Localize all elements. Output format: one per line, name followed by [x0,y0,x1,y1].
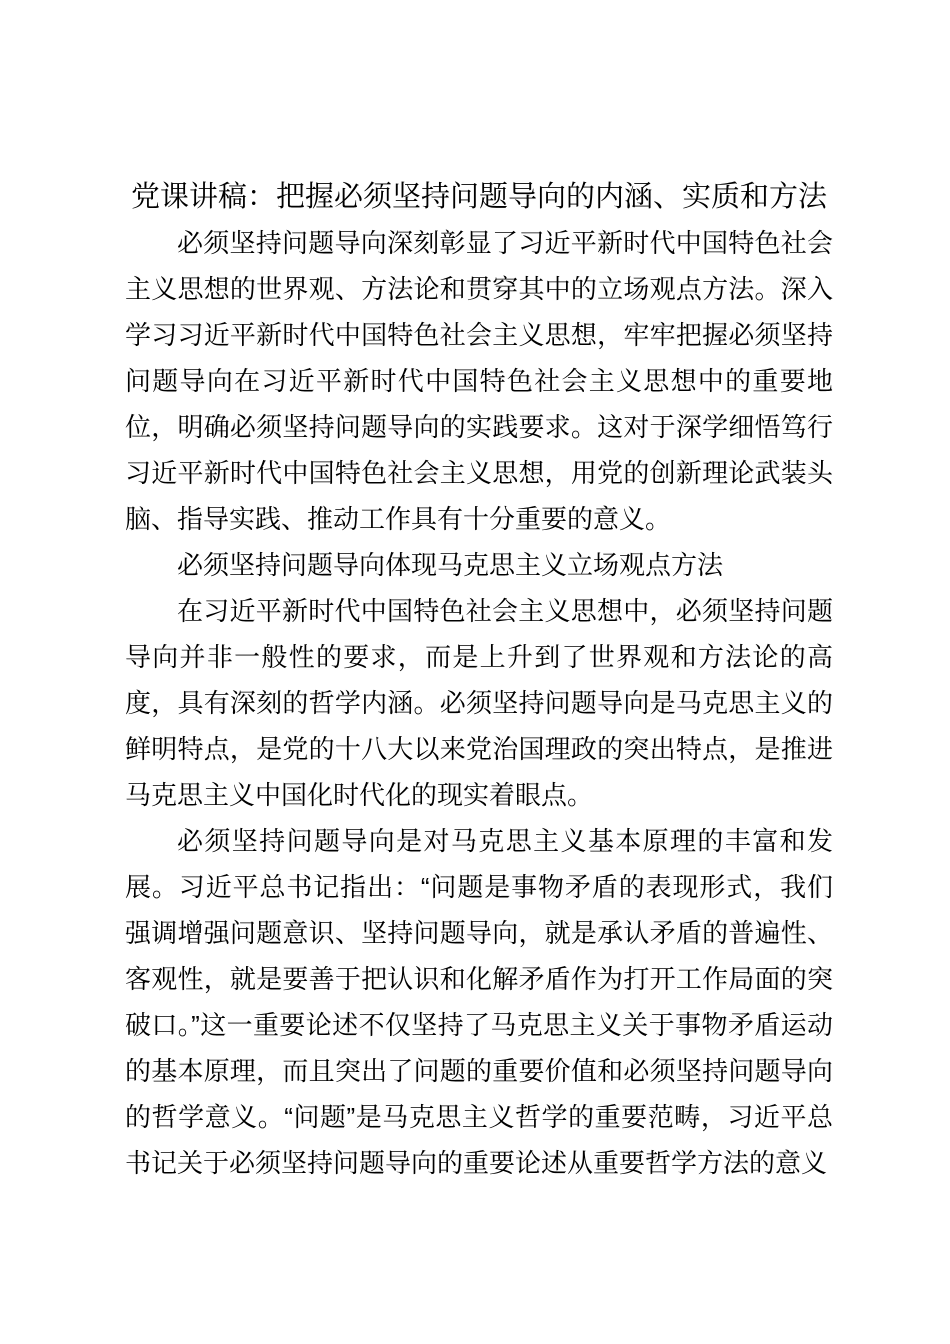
paragraph-body-1: 在习近平新时代中国特色社会主义思想中，必须坚持问题导向并非一般性的要求，而是上升… [125,588,833,818]
paragraph-intro: 必须坚持问题导向深刻彰显了习近平新时代中国特色社会主义思想的世界观、方法论和贯穿… [125,220,833,542]
document-title: 党课讲稿：把握必须坚持问题导向的内涵、实质和方法 [125,174,833,220]
paragraph-body-2: 必须坚持问题导向是对马克思主义基本原理的丰富和发展。习近平总书记指出：“问题是事… [125,818,833,1186]
section-heading: 必须坚持问题导向体现马克思主义立场观点方法 [125,542,833,588]
document-page: 党课讲稿：把握必须坚持问题导向的内涵、实质和方法 必须坚持问题导向深刻彰显了习近… [0,0,950,1344]
